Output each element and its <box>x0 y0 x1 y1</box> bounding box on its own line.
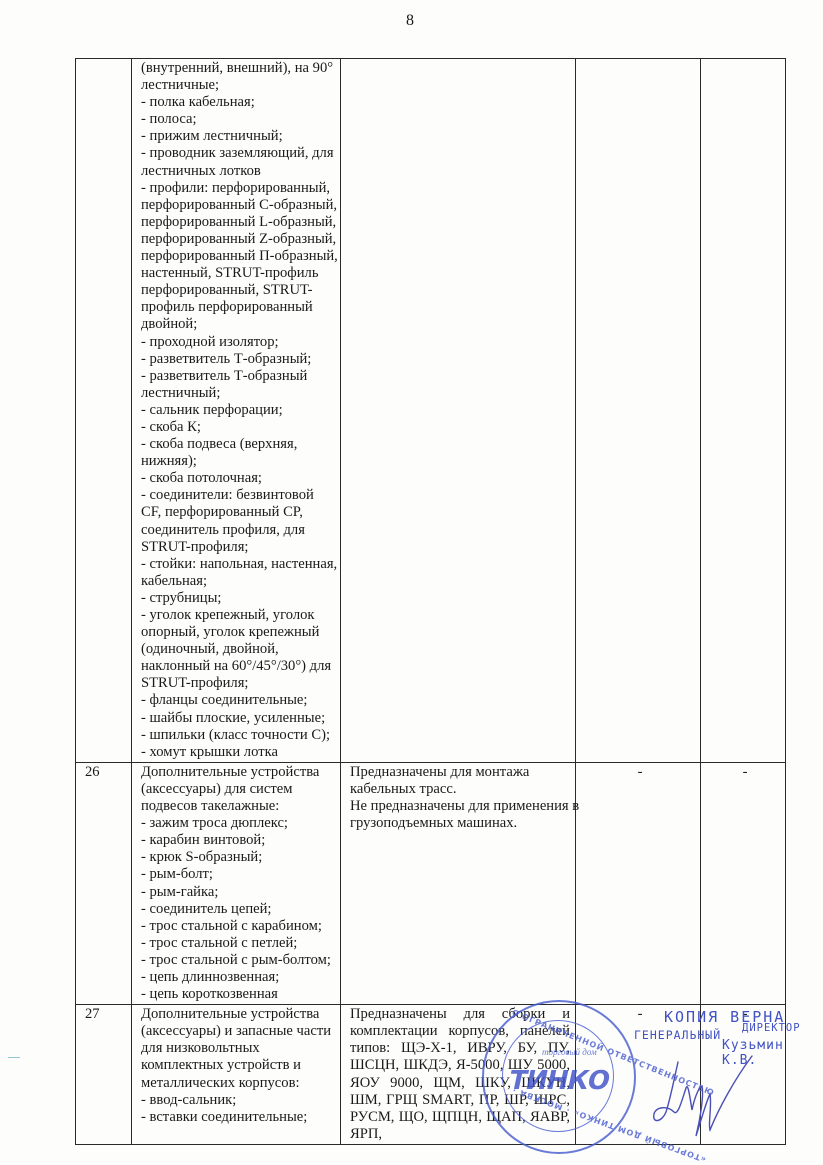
product-name-line: (одиночный, двойной, <box>141 641 335 658</box>
margin-mark <box>8 1057 20 1058</box>
product-name-cell: Дополнительные устройства(аксессуары) дл… <box>132 762 341 1004</box>
product-name-line: - полка кабельная; <box>141 94 335 111</box>
product-name-line: - цепь короткозвенная <box>141 986 335 1003</box>
product-name-line: - сальник перфорации; <box>141 402 335 419</box>
product-name-line: - рым-болт; <box>141 866 335 883</box>
product-name-line: - разветвитель Т-образный; <box>141 351 335 368</box>
product-name-line: для низковольтных <box>141 1040 335 1057</box>
product-name-line: - трос стальной с карабином; <box>141 918 335 935</box>
product-name-line: лестничные; <box>141 77 335 94</box>
product-name-line: - скоба К; <box>141 419 335 436</box>
product-name-line: - стойки: напольная, настенная, <box>141 556 335 573</box>
product-name-line: - трос стальной с петлей; <box>141 935 335 952</box>
product-name-line: перфорированный Z-образный, <box>141 231 335 248</box>
product-name-line: соединитель профиля, для <box>141 522 335 539</box>
purpose-line: Не предназначены для применения в <box>350 798 570 815</box>
purpose-line: грузоподъемных машинах. <box>350 815 570 832</box>
table-row-continuation: (внутренний, внешний), на 90°лестничные;… <box>76 59 786 763</box>
product-name-line: нижняя); <box>141 453 335 470</box>
column-a-cell: - <box>576 762 701 1004</box>
product-name-line: - рым-гайка; <box>141 884 335 901</box>
product-name-line: двойной; <box>141 316 335 333</box>
purpose-cell: Предназначены для монтажакабельных трасс… <box>341 762 576 1004</box>
product-name-line: Дополнительные устройства <box>141 1006 335 1023</box>
product-name-cell: Дополнительные устройства(аксессуары) и … <box>132 1005 341 1145</box>
product-name-line: - скоба потолочная; <box>141 470 335 487</box>
product-name-line: - карабин винтовой; <box>141 832 335 849</box>
product-name-line: - шпильки (класс точности С); <box>141 727 335 744</box>
product-name-line: - шайбы плоские, усиленные; <box>141 710 335 727</box>
company-seal: С ОГРАНИЧЕННОЙ ОТВЕТСТВЕННОСТЬЮ «ТОРГОВЫ… <box>482 1000 636 1154</box>
product-name-line: подвесов такелажные: <box>141 798 335 815</box>
product-name-line: - струбницы; <box>141 590 335 607</box>
table-row: 26 Дополнительные устройства(аксессуары)… <box>76 762 786 1004</box>
product-name-line: - цепь длиннозвенная; <box>141 969 335 986</box>
specification-table: (внутренний, внешний), на 90°лестничные;… <box>75 58 786 1145</box>
product-name-line: - соединители: безвинтовой <box>141 487 335 504</box>
product-name-line: - проходной изолятор; <box>141 334 335 351</box>
product-name-line: - профили: перфорированный, <box>141 180 335 197</box>
product-name-line: STRUT-профиля; <box>141 675 335 692</box>
product-name-cell: (внутренний, внешний), на 90°лестничные;… <box>132 59 341 763</box>
product-name-line: металлических корпусов: <box>141 1075 335 1092</box>
product-name-line: комплектных устройств и <box>141 1057 335 1074</box>
product-name-line: - прижим лестничный; <box>141 128 335 145</box>
product-name-line: Дополнительные устройства <box>141 764 335 781</box>
product-name-line: перфорированный, STRUT- <box>141 282 335 299</box>
purpose-line: кабельных трасс. <box>350 781 570 798</box>
product-name-line: - трос стальной с рым-болтом; <box>141 952 335 969</box>
product-name-line: - крюк S-образный; <box>141 849 335 866</box>
certification-position-2: ДИРЕКТОР <box>742 1022 801 1034</box>
product-name-line: - фланцы соединительные; <box>141 692 335 709</box>
product-name-line: - соединитель цепей; <box>141 901 335 918</box>
purpose-cell <box>341 59 576 763</box>
product-name-line: (аксессуары) и запасные части <box>141 1023 335 1040</box>
column-b-cell: - <box>701 762 786 1004</box>
signature-icon <box>648 1040 758 1160</box>
product-name-line: - хомут крышки лотка <box>141 744 335 761</box>
product-name-line: кабельная; <box>141 573 335 590</box>
product-name-line: - ввод-сальник; <box>141 1092 335 1109</box>
page-number: 8 <box>400 12 420 30</box>
product-name-line: настенный, STRUT-профиль <box>141 265 335 282</box>
column-a-cell <box>576 59 701 763</box>
product-name-line: - уголок крепежный, уголок <box>141 607 335 624</box>
product-name-line: - разветвитель Т-образный <box>141 368 335 385</box>
product-name-line: - скоба подвеса (верхняя, <box>141 436 335 453</box>
product-name-line: - проводник заземляющий, для <box>141 145 335 162</box>
product-name-line: перфорированный П-образный, <box>141 248 335 265</box>
product-name-line: перфорированный С-образный, <box>141 197 335 214</box>
product-name-line: профиль перфорированный <box>141 299 335 316</box>
product-name-line: перфорированный L-образный, <box>141 214 335 231</box>
product-name-line: (аксессуары) для систем <box>141 781 335 798</box>
product-name-line: опорный, уголок крепежный <box>141 624 335 641</box>
product-name-line: - зажим троса дюплекс; <box>141 815 335 832</box>
product-name-line: лестничный; <box>141 385 335 402</box>
product-name-line: лестничных лотков <box>141 163 335 180</box>
product-name-line: - полоса; <box>141 111 335 128</box>
product-name-line: CF, перфорированный CP, <box>141 504 335 521</box>
row-number: 27 <box>76 1005 132 1145</box>
row-number <box>76 59 132 763</box>
product-name-line: STRUT-профиля; <box>141 539 335 556</box>
purpose-line: Предназначены для монтажа <box>350 764 570 781</box>
product-name-line: (внутренний, внешний), на 90° <box>141 60 335 77</box>
product-name-line: наклонный на 60°/45°/30°) для <box>141 658 335 675</box>
row-number: 26 <box>76 762 132 1004</box>
seal-subtitle: торговый дом <box>542 1047 597 1057</box>
seal-logo: ТИНКО <box>501 1066 617 1096</box>
column-b-cell <box>701 59 786 763</box>
product-name-line: - вставки соединительные; <box>141 1109 335 1126</box>
